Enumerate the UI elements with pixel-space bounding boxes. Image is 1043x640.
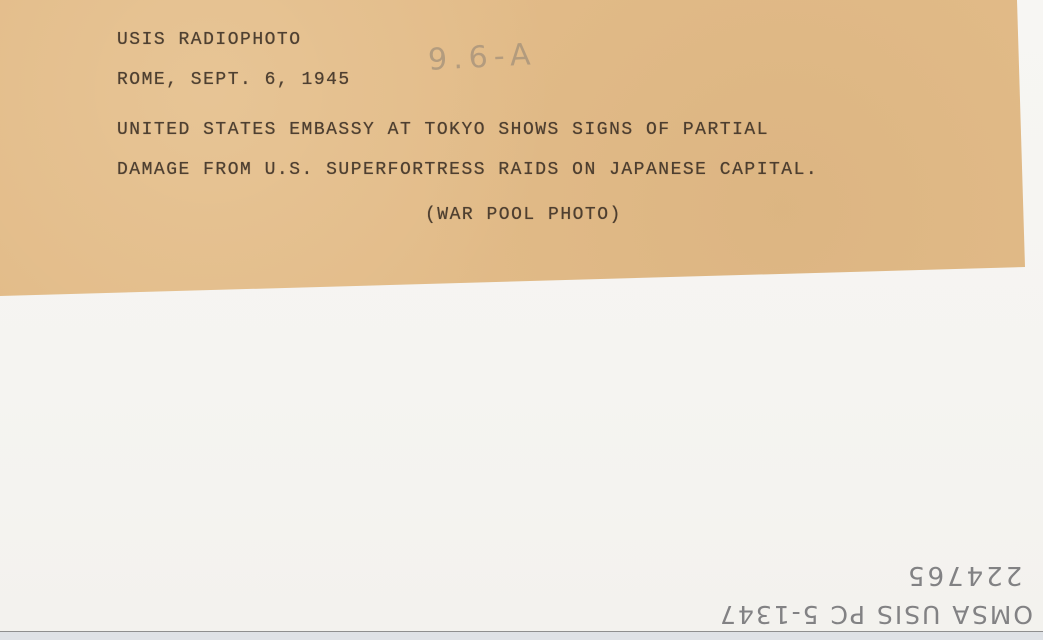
caption-line-1: UNITED STATES EMBASSY AT TOKYO SHOWS SIG… <box>117 120 769 140</box>
caption-line-2: DAMAGE FROM U.S. SUPERFORTRESS RAIDS ON … <box>117 160 818 180</box>
handwritten-reference: OMSA USIS PC 5-1347 <box>718 600 1033 629</box>
handwritten-number: 224765 <box>905 560 1022 590</box>
label-header: USIS RADIOPHOTO <box>117 30 302 50</box>
scan-bottom-edge <box>0 631 1043 640</box>
pencil-annotation: 9.6-A <box>427 37 537 78</box>
label-dateline: ROME, SEPT. 6, 1945 <box>117 70 351 90</box>
photo-credit: (WAR POOL PHOTO) <box>425 205 622 225</box>
